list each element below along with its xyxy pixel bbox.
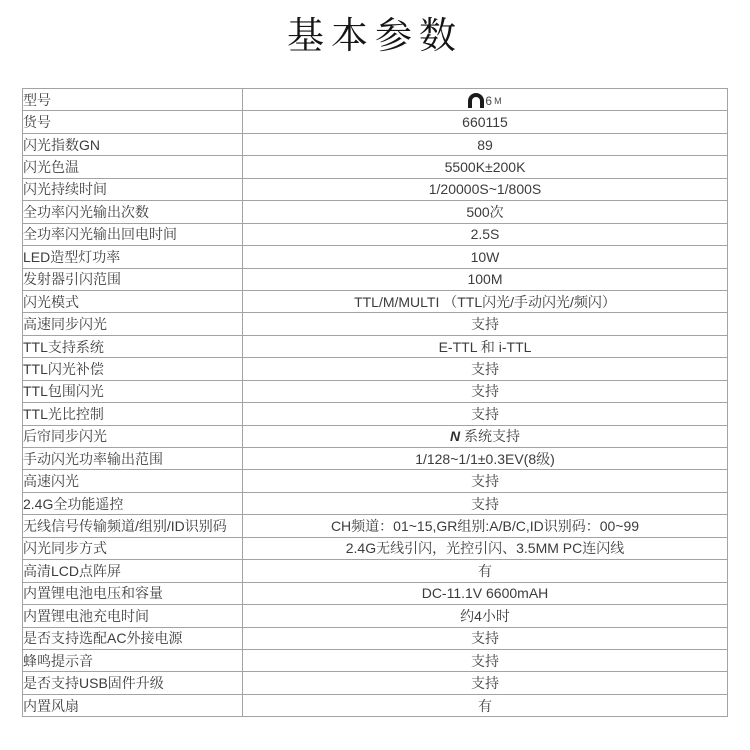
table-row: 后帘同步闪光N 系统支持 (23, 425, 728, 447)
table-row: 型号6M (23, 89, 728, 111)
spec-label-cell: 货号 (23, 111, 243, 133)
spec-value-cell: 支持 (243, 313, 728, 335)
table-row: 发射器引闪范围100M (23, 268, 728, 290)
spec-label-cell: 闪光持续时间 (23, 178, 243, 200)
spec-value-cell: 1/20000S~1/800S (243, 178, 728, 200)
spec-label-cell: 闪光色温 (23, 156, 243, 178)
spec-label-cell: 2.4G全功能遥控 (23, 492, 243, 514)
spec-label-cell: 蜂鸣提示音 (23, 649, 243, 671)
table-row: 内置风扇有 (23, 694, 728, 716)
spec-label-cell: 全功率闪光输出次数 (23, 201, 243, 223)
spec-value-cell: N 系统支持 (243, 425, 728, 447)
spec-label-cell: 手动闪光功率输出范围 (23, 448, 243, 470)
spec-table-body: 型号6M货号660115闪光指数GN89闪光色温5500K±200K闪光持续时间… (23, 89, 728, 717)
table-row: 货号660115 (23, 111, 728, 133)
arch-n-logo-icon (468, 93, 484, 108)
table-row: 蜂鸣提示音支持 (23, 649, 728, 671)
spec-value-cell: 500次 (243, 201, 728, 223)
spec-value-cell: DC-11.1V 6600mAH (243, 582, 728, 604)
spec-label-cell: 内置锂电池电压和容量 (23, 582, 243, 604)
spec-value-cell: 支持 (243, 672, 728, 694)
table-row: 2.4G全功能遥控支持 (23, 492, 728, 514)
table-row: 闪光色温5500K±200K (23, 156, 728, 178)
spec-label-cell: 高清LCD点阵屏 (23, 560, 243, 582)
spec-label-cell: LED造型灯功率 (23, 246, 243, 268)
spec-table: 型号6M货号660115闪光指数GN89闪光色温5500K±200K闪光持续时间… (22, 88, 728, 717)
spec-label-cell: 闪光模式 (23, 290, 243, 312)
spec-label-cell: 是否支持USB固件升级 (23, 672, 243, 694)
spec-label-cell: 高速同步闪光 (23, 313, 243, 335)
table-row: 高速同步闪光支持 (23, 313, 728, 335)
spec-label-cell: 型号 (23, 89, 243, 111)
spec-value-cell: 5500K±200K (243, 156, 728, 178)
spec-value-cell: 支持 (243, 492, 728, 514)
table-row: 是否支持选配AC外接电源支持 (23, 627, 728, 649)
spec-value-cell: 1/128~1/1±0.3EV(8级) (243, 448, 728, 470)
spec-value-cell: 有 (243, 694, 728, 716)
spec-value-cell: 支持 (243, 470, 728, 492)
table-row: 手动闪光功率输出范围1/128~1/1±0.3EV(8级) (23, 448, 728, 470)
spec-label-cell: 无线信号传输频道/组别/ID识别码 (23, 515, 243, 537)
spec-label-cell: 闪光同步方式 (23, 537, 243, 559)
spec-value-cell: 2.4G无线引闪，光控引闪、3.5MM PC连闪线 (243, 537, 728, 559)
spec-label-cell: TTL包围闪光 (23, 380, 243, 402)
spec-label-cell: TTL闪光补偿 (23, 358, 243, 380)
table-row: 是否支持USB固件升级支持 (23, 672, 728, 694)
table-row: TTL闪光补偿支持 (23, 358, 728, 380)
table-row: 闪光持续时间1/20000S~1/800S (23, 178, 728, 200)
brand-logo: 6M (468, 92, 501, 108)
table-row: 内置锂电池充电时间约4小时 (23, 605, 728, 627)
table-row: 无线信号传输频道/组别/ID识别码CH频道：01~15,GR组别:A/B/C,I… (23, 515, 728, 537)
table-row: TTL光比控制支持 (23, 403, 728, 425)
table-row: 闪光同步方式2.4G无线引闪，光控引闪、3.5MM PC连闪线 (23, 537, 728, 559)
logo-suffix: M (494, 97, 502, 108)
spec-label-cell: 闪光指数GN (23, 133, 243, 155)
spec-label-cell: 内置锂电池充电时间 (23, 605, 243, 627)
page-title: 基本参数 (0, 5, 750, 59)
spec-value-cell: 约4小时 (243, 605, 728, 627)
table-row: 全功率闪光输出回电时间2.5S (23, 223, 728, 245)
spec-value-cell: 100M (243, 268, 728, 290)
spec-label-cell: 发射器引闪范围 (23, 268, 243, 290)
spec-sheet-page: 基本参数 型号6M货号660115闪光指数GN89闪光色温5500K±200K闪… (0, 0, 750, 750)
spec-label-cell: 高速闪光 (23, 470, 243, 492)
spec-value-cell: CH频道：01~15,GR组别:A/B/C,ID识别码：00~99 (243, 515, 728, 537)
spec-value-cell: 支持 (243, 649, 728, 671)
table-row: 闪光模式TTL/M/MULTI （TTL闪光/手动闪光/频闪） (23, 290, 728, 312)
spec-label-cell: 后帘同步闪光 (23, 425, 243, 447)
spec-label-cell: TTL光比控制 (23, 403, 243, 425)
spec-label-cell: TTL支持系统 (23, 335, 243, 357)
spec-value-cell: 支持 (243, 358, 728, 380)
table-row: TTL包围闪光支持 (23, 380, 728, 402)
spec-value-cell: 89 (243, 133, 728, 155)
spec-label-cell: 全功率闪光输出回电时间 (23, 223, 243, 245)
table-row: 高速闪光支持 (23, 470, 728, 492)
spec-value-cell: 2.5S (243, 223, 728, 245)
table-row: 闪光指数GN89 (23, 133, 728, 155)
spec-value-cell: 6M (243, 89, 728, 111)
spec-value-cell: TTL/M/MULTI （TTL闪光/手动闪光/频闪） (243, 290, 728, 312)
spec-value-cell: 支持 (243, 403, 728, 425)
logo-number: 6 (485, 95, 492, 108)
spec-value-cell: E-TTL 和 i-TTL (243, 335, 728, 357)
spec-value-cell: 支持 (243, 627, 728, 649)
table-row: LED造型灯功率10W (23, 246, 728, 268)
spec-value-cell: 有 (243, 560, 728, 582)
spec-value-cell: 660115 (243, 111, 728, 133)
table-row: 全功率闪光输出次数500次 (23, 201, 728, 223)
spec-label-cell: 内置风扇 (23, 694, 243, 716)
spec-label-cell: 是否支持选配AC外接电源 (23, 627, 243, 649)
spec-value-cell: 支持 (243, 380, 728, 402)
table-row: 内置锂电池电压和容量DC-11.1V 6600mAH (23, 582, 728, 604)
table-row: 高清LCD点阵屏有 (23, 560, 728, 582)
table-row: TTL支持系统E-TTL 和 i-TTL (23, 335, 728, 357)
rear-sync-brand-letter: N (450, 428, 460, 444)
spec-value-cell: 10W (243, 246, 728, 268)
